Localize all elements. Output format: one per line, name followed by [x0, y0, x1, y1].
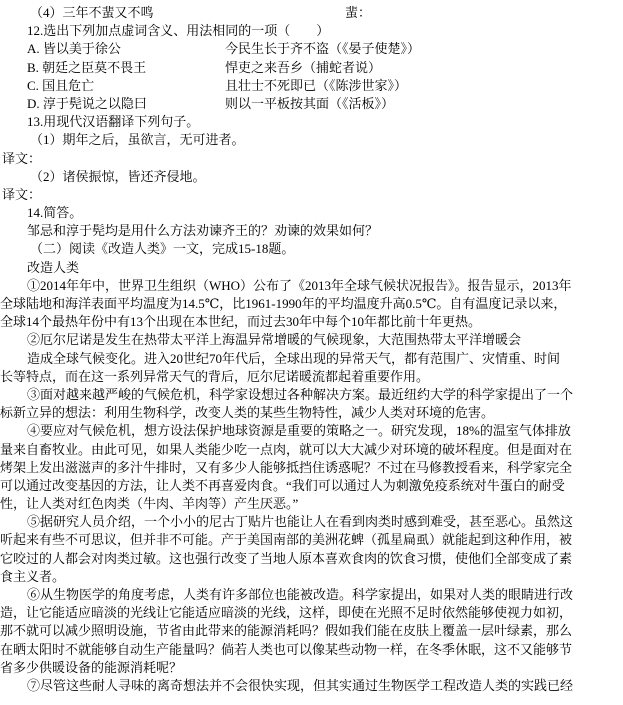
text-line: （二）阅读《改造人类》一文，完成15-18题。 — [0, 240, 623, 258]
text-line: 造成全球气候变化。进入20世纪70年代后，全球出现的异常天气，都有范围广、灾情重… — [0, 350, 623, 368]
text-segment: （二）阅读《改造人类》一文，完成15-18题。 — [30, 240, 294, 258]
text-line: ⑤据研究人员介绍，一个小小的尼古丁贴片也能让人在看到肉类时感到难受，甚至恶心。虽… — [0, 513, 623, 531]
text-segment: 译文： — [2, 186, 41, 204]
text-segment: （1）期年之后，虽欲言，无可进者。 — [30, 131, 245, 149]
text-segment: 造成全球气候变化。进入20世纪70年代后，全球出现的异常天气，都有范围广、灾情重… — [27, 350, 560, 368]
text-segment: （4）三年不蜚又不鸣 — [30, 4, 154, 22]
text-segment: 且壮士不死即已（《陈涉世家》） — [225, 77, 407, 95]
text-segment: 则以一平板按其面（《活板》） — [225, 95, 394, 113]
text-line: 长等特点，而在这一系列异常天气的背后，厄尔尼诺暖流都起着重要作用。 — [0, 368, 623, 386]
text-line: 全球陆地和海洋表面平均温度为14.5℃，比1961-1990年的平均温度升高0.… — [0, 295, 623, 313]
text-line: C. 国且危亡且壮士不死即已（《陈涉世家》） — [0, 77, 623, 95]
text-line: （2）诸侯振惊，皆还齐侵地。 — [0, 168, 623, 186]
text-segment: 邹忌和淳于髡均是用什么方法劝谏齐王的？劝谏的效果如何？ — [27, 222, 378, 240]
text-segment: 悍吏之来吾乡（捕蛇者说） — [225, 59, 381, 77]
text-segment: ①2014年年中，世界卫生组织（WHO）公布了《2013年全球气候状况报告》。报… — [27, 277, 572, 295]
text-line: 14.简答。 — [0, 204, 623, 222]
text-segment: ⑥从生物医学的角度考虑，人类有许多部位也能被改造。科学家提出，如果对人类的眼睛进… — [27, 586, 573, 604]
text-segment: 14.简答。 — [27, 204, 82, 222]
text-segment: 标新立异的想法：利用生物科学，改变人类的某些生物特性，减少人类对环境的危害。 — [0, 404, 494, 422]
text-line: （4）三年不蜚又不鸣蜚： — [0, 4, 623, 22]
document-page: （4）三年不蜚又不鸣蜚：12.选出下列加点虚词含义、用法相同的一项（ ）A. 皆… — [0, 0, 623, 705]
text-line: 全球14个最热年份中有13个出现在本世纪，而过去30年中每个10年都比前十年更热… — [0, 313, 623, 331]
text-line: 标新立异的想法：利用生物科学，改变人类的某些生物特性，减少人类对环境的危害。 — [0, 404, 623, 422]
text-segment: （2）诸侯振惊，皆还齐侵地。 — [30, 168, 206, 186]
text-segment: 造，让它能适应暗淡的光线让它能适应暗淡的光线，这样，即使在光照不足时依然能够使视… — [0, 604, 572, 622]
text-segment: 蜚： — [345, 4, 371, 22]
text-segment: 烤架上发出滋滋声的多汁牛排时，又有多少人能够抵挡住诱惑呢？不过在马修教授看来，科… — [0, 459, 572, 477]
text-line: D. 淳于髡说之以隐曰则以一平板按其面（《活板》） — [0, 95, 623, 113]
text-line: 性，让人类对红色肉类（牛肉、羊肉等）产生厌恶。” — [0, 495, 623, 513]
text-segment: 全球陆地和海洋表面平均温度为14.5℃，比1961-1990年的平均温度升高0.… — [0, 295, 566, 313]
text-line: 译文： — [0, 150, 623, 168]
text-line: ③面对越来越严峻的气候危机，科学家设想过各种解决方案。最近纽约大学的科学家提出了… — [0, 386, 623, 404]
text-segment: 量来自畜牧业。由此可见，如果人类能少吃一点肉，就可以大大减少对环境的破坏程度。但… — [0, 441, 572, 459]
text-line: ②厄尔尼诺是发生在热带太平洋上海温异常增暖的气候现象，大范围热带太平洋增暖会 — [0, 331, 623, 349]
text-line: 烤架上发出滋滋声的多汁牛排时，又有多少人能够抵挡住诱惑呢？不过在马修教授看来，科… — [0, 459, 623, 477]
text-segment: 12.选出下列加点虚词含义、用法相同的一项（ ） — [27, 22, 329, 40]
text-line: 它咬过的人都会对肉类过敏。这也强行改变了当地人原本喜欢食肉的饮食习惯，使他们全部… — [0, 550, 623, 568]
text-segment: ③面对越来越严峻的气候危机，科学家设想过各种解决方案。最近纽约大学的科学家提出了… — [27, 386, 573, 404]
text-segment: ②厄尔尼诺是发生在热带太平洋上海温异常增暖的气候现象，大范围热带太平洋增暖会 — [27, 331, 521, 349]
text-segment: 省多少供暖设备的能源消耗呢？ — [0, 659, 182, 677]
text-line: 改造人类 — [0, 259, 623, 277]
text-segment: 全球14个最热年份中有13个出现在本世纪，而过去30年中每个10年都比前十年更热… — [0, 313, 481, 331]
text-line: 省多少供暖设备的能源消耗呢？ — [0, 659, 623, 677]
text-line: 12.选出下列加点虚词含义、用法相同的一项（ ） — [0, 22, 623, 40]
text-segment: D. 淳于髡说之以隐曰 — [27, 95, 147, 113]
text-segment: B. 朝廷之臣莫不畏王 — [27, 59, 146, 77]
text-segment: 它咬过的人都会对肉类过敏。这也强行改变了当地人原本喜欢食肉的饮食习惯，使他们全部… — [0, 550, 572, 568]
text-segment: 可以通过改变基因的方法，让人类不再喜爱肉食。“我们可以通过人为刺激免疫系统对牛蛋… — [0, 477, 565, 495]
text-line: 造，让它能适应暗淡的光线让它能适应暗淡的光线，这样，即使在光照不足时依然能够使视… — [0, 604, 623, 622]
text-line: ④要应对气候危机，想方设法保护地球资源是重要的策略之一。研究发现，18%的温室气… — [0, 422, 623, 440]
text-segment: 今民生长于齐不盗（《晏子使楚》） — [225, 40, 420, 58]
text-line: 在晒太阳时不就能够自动生产能量吗？倘若人类也可以像某些动物一样，在冬季休眠，这不… — [0, 641, 623, 659]
text-line: ⑦尽管这些耐人寻味的离奇想法并不会很快实现，但其实通过生物医学工程改造人类的实践… — [0, 677, 623, 695]
text-line: 听起来有些不可思议，但并非不可能。产于美国南部的美洲花蜱（孤星扁虱）就能起到这种… — [0, 531, 623, 549]
text-line: 那不就可以减少照明设施，节省由此带来的能源消耗吗？假如我们能在皮肤上覆盖一层叶绿… — [0, 622, 623, 640]
text-segment: 长等特点，而在这一系列异常天气的背后，厄尔尼诺暖流都起着重要作用。 — [0, 368, 429, 386]
text-segment: ④要应对气候危机，想方设法保护地球资源是重要的策略之一。研究发现，18%的温室气… — [27, 422, 571, 440]
text-line: 13.用现代汉语翻译下列句子。 — [0, 113, 623, 131]
text-line: B. 朝廷之臣莫不畏王悍吏之来吾乡（捕蛇者说） — [0, 59, 623, 77]
text-segment: A. 皆以美于徐公 — [27, 40, 121, 58]
text-segment: 食主义者。 — [0, 568, 65, 586]
text-line: 可以通过改变基因的方法，让人类不再喜爱肉食。“我们可以通过人为刺激免疫系统对牛蛋… — [0, 477, 623, 495]
text-segment: ⑤据研究人员介绍，一个小小的尼古丁贴片也能让人在看到肉类时感到难受，甚至恶心。虽… — [27, 513, 573, 531]
text-segment: 性，让人类对红色肉类（牛肉、羊肉等）产生厌恶。” — [0, 495, 298, 513]
text-segment: 听起来有些不可思议，但并非不可能。产于美国南部的美洲花蜱（孤星扁虱）就能起到这种… — [0, 531, 572, 549]
text-segment: 改造人类 — [27, 259, 79, 277]
text-line: A. 皆以美于徐公今民生长于齐不盗（《晏子使楚》） — [0, 40, 623, 58]
text-segment: 译文： — [2, 150, 41, 168]
text-line: 译文： — [0, 186, 623, 204]
text-line: 量来自畜牧业。由此可见，如果人类能少吃一点肉，就可以大大减少对环境的破坏程度。但… — [0, 441, 623, 459]
text-line: 食主义者。 — [0, 568, 623, 586]
text-line: ①2014年年中，世界卫生组织（WHO）公布了《2013年全球气候状况报告》。报… — [0, 277, 623, 295]
text-segment: 那不就可以减少照明设施，节省由此带来的能源消耗吗？假如我们能在皮肤上覆盖一层叶绿… — [0, 622, 572, 640]
text-line: ⑥从生物医学的角度考虑，人类有许多部位也能被改造。科学家提出，如果对人类的眼睛进… — [0, 586, 623, 604]
text-segment: 在晒太阳时不就能够自动生产能量吗？倘若人类也可以像某些动物一样，在冬季休眠，这不… — [0, 641, 572, 659]
text-segment: C. 国且危亡 — [27, 77, 94, 95]
text-segment: 13.用现代汉语翻译下列句子。 — [27, 113, 199, 131]
text-line: 邹忌和淳于髡均是用什么方法劝谏齐王的？劝谏的效果如何？ — [0, 222, 623, 240]
text-line: （1）期年之后，虽欲言，无可进者。 — [0, 131, 623, 149]
text-segment: ⑦尽管这些耐人寻味的离奇想法并不会很快实现，但其实通过生物医学工程改造人类的实践… — [27, 677, 573, 695]
